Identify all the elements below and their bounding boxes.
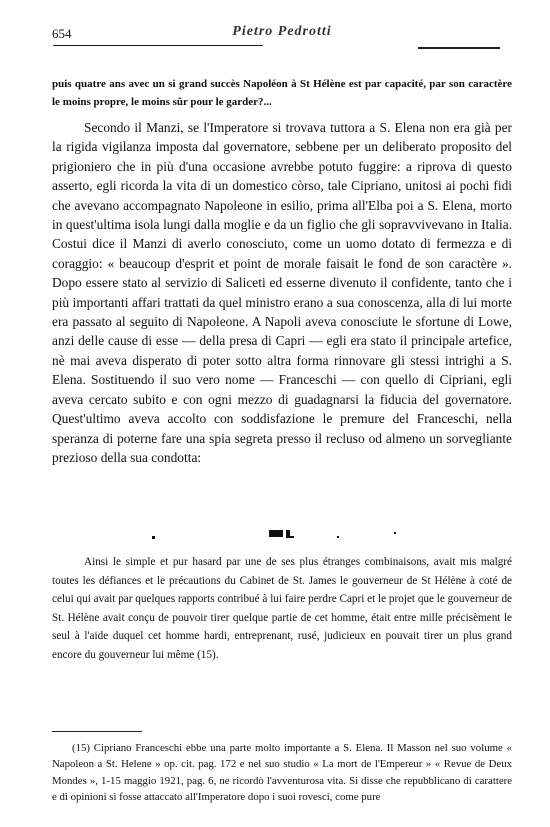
continuation-text: puis quatre ans avec un si grand succès … bbox=[52, 75, 512, 111]
scan-artifacts bbox=[52, 530, 512, 542]
page-header: 654 Pietro Pedrotti bbox=[52, 22, 512, 46]
header-rule-left bbox=[53, 45, 263, 46]
main-text: Secondo il Manzi, se l'Imperatore si tro… bbox=[52, 118, 512, 467]
footnote-rule bbox=[52, 731, 142, 732]
main-paragraph: Secondo il Manzi, se l'Imperatore si tro… bbox=[52, 118, 512, 467]
footnotes: (15) Cipriano Franceschi ebbe una parte … bbox=[52, 740, 512, 806]
document-page: 654 Pietro Pedrotti puis quatre ans avec… bbox=[0, 0, 550, 827]
footnote-15: (15) Cipriano Franceschi ebbe una parte … bbox=[52, 740, 512, 806]
continuation-paragraph: puis quatre ans avec un si grand succès … bbox=[52, 64, 512, 122]
french-quote-text: Ainsi le simple et pur hasard par une de… bbox=[52, 553, 512, 665]
header-rule-right bbox=[418, 47, 500, 49]
french-quote: Ainsi le simple et pur hasard par une de… bbox=[52, 553, 512, 665]
running-title: Pietro Pedrotti bbox=[52, 24, 512, 40]
